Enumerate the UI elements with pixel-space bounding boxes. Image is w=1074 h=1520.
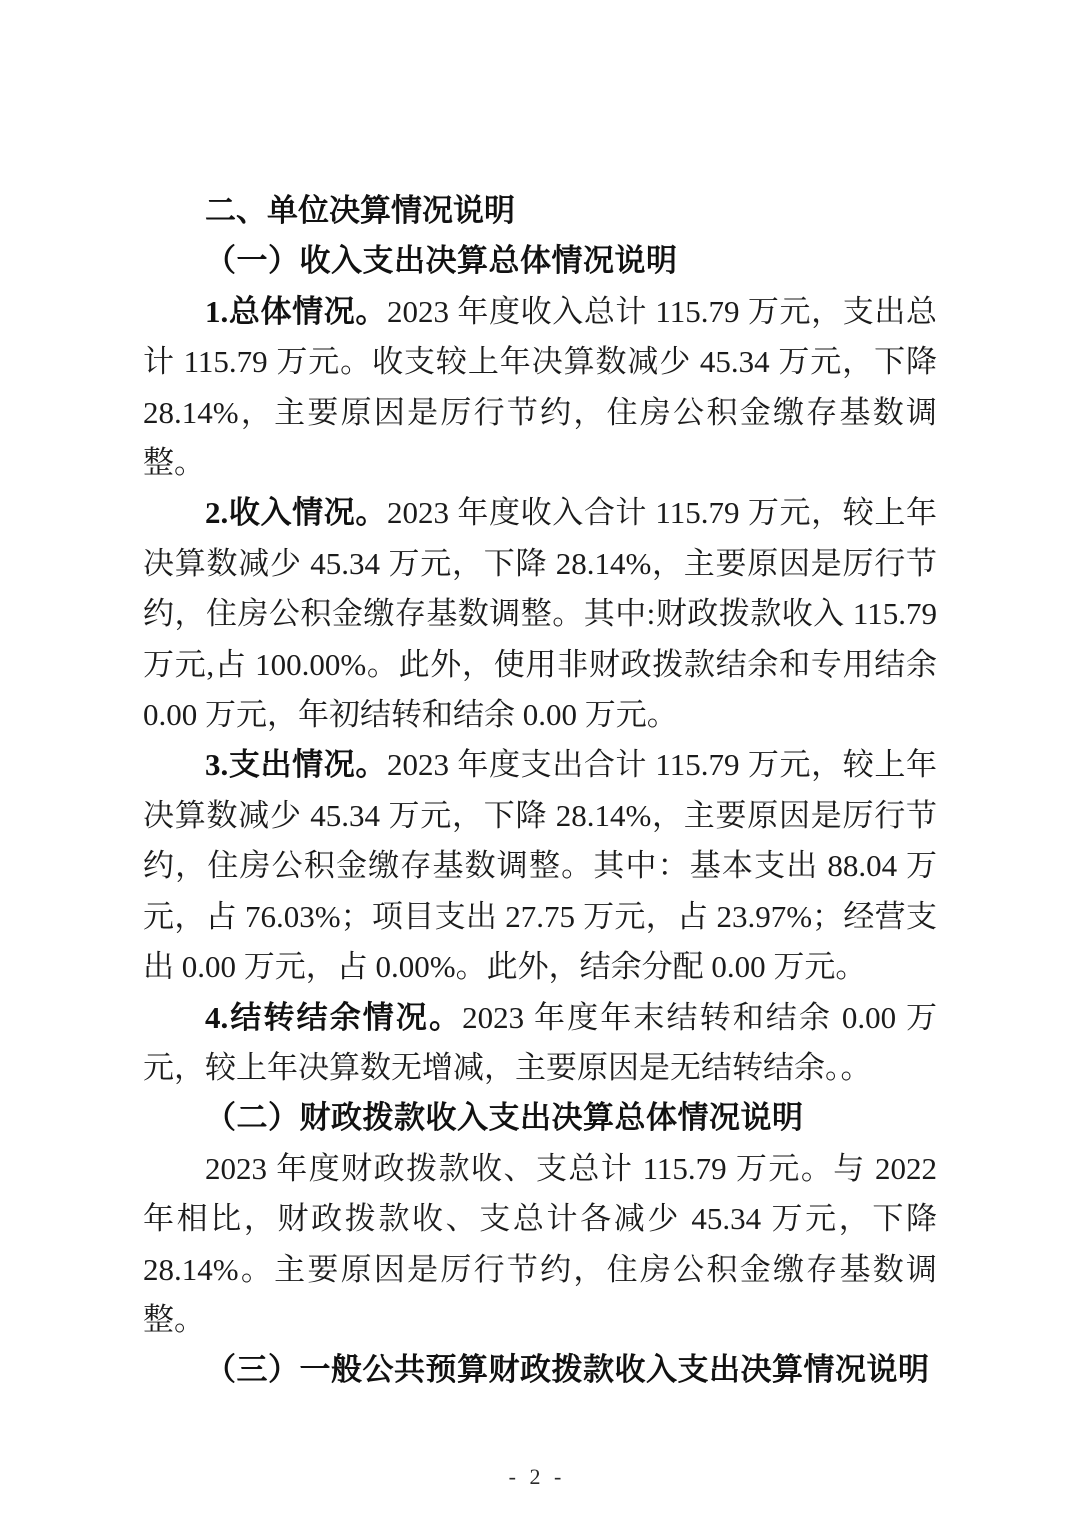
paragraph-text: 2023 年度财政拨款收、支总计 115.79 万元。与 2022 年相比，财政…: [143, 1151, 937, 1337]
paragraph-carryover-balance: 4.结转结余情况。2023 年度年末结转和结余 0.00 万元，较上年决算数无增…: [143, 993, 937, 1094]
paragraph-text: 2023 年度支出合计 115.79 万元，较上年决算数减少 45.34 万元，…: [143, 747, 937, 984]
section-heading: 二、单位决算情况说明: [143, 186, 937, 236]
paragraph-lead: 4.结转结余情况。: [205, 1000, 462, 1035]
sub-heading-general-public-budget: （三）一般公共预算财政拨款收入支出决算情况说明: [143, 1345, 937, 1395]
paragraph-expenditure-situation: 3.支出情况。2023 年度支出合计 115.79 万元，较上年决算数减少 45…: [143, 740, 937, 992]
document-page: { "page": { "background_color": "#ffffff…: [0, 0, 1074, 1520]
paragraph-income-situation: 2.收入情况。2023 年度收入合计 115.79 万元，较上年决算数减少 45…: [143, 488, 937, 740]
sub-heading-income-expenditure-overview: （一）收入支出决算总体情况说明: [143, 236, 937, 286]
document-body: 二、单位决算情况说明 （一）收入支出决算总体情况说明 1.总体情况。2023 年…: [143, 186, 937, 1396]
paragraph-text: 2023 年度收入合计 115.79 万元，较上年决算数减少 45.34 万元，…: [143, 495, 937, 732]
paragraph-lead: 1.总体情况。: [205, 294, 387, 329]
paragraph-lead: 2.收入情况。: [205, 495, 387, 530]
page-number: - 2 -: [0, 1464, 1074, 1490]
paragraph-lead: 3.支出情况。: [205, 747, 387, 782]
sub-heading-fiscal-appropriation-overview: （二）财政拨款收入支出决算总体情况说明: [143, 1093, 937, 1143]
paragraph-fiscal-appropriation: 2023 年度财政拨款收、支总计 115.79 万元。与 2022 年相比，财政…: [143, 1144, 937, 1346]
paragraph-overall-situation: 1.总体情况。2023 年度收入总计 115.79 万元，支出总计 115.79…: [143, 287, 937, 489]
